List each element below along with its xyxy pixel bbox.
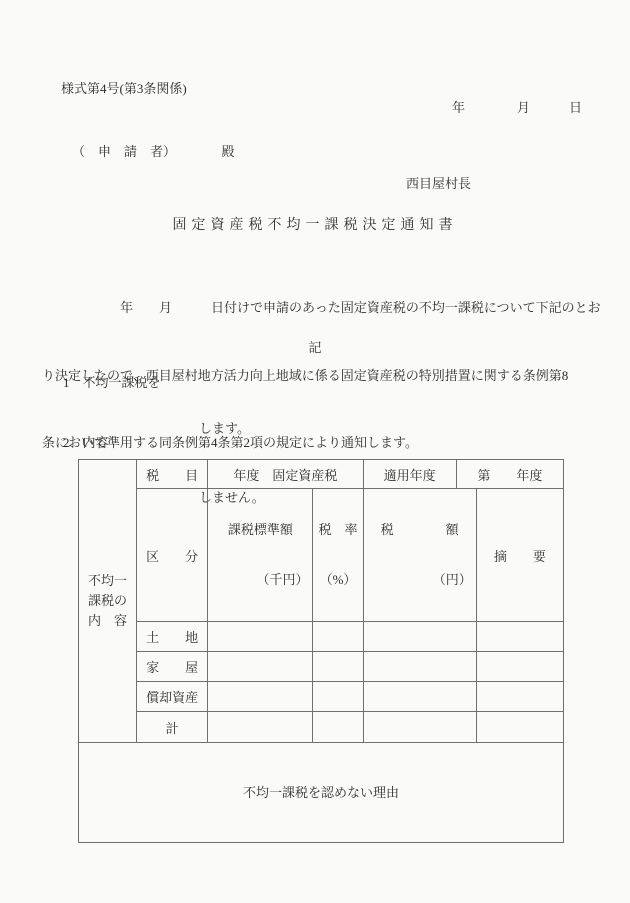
header-remarks: 摘 要 bbox=[476, 489, 563, 622]
cell-land-remarks bbox=[476, 622, 563, 652]
body-paragraph: 年 月 日付けで申請のあった固定資産税の不均一課税について下記のとお り決定した… bbox=[42, 252, 601, 477]
cell-land-tax-rate bbox=[313, 622, 363, 652]
cell-land-tax-amount bbox=[363, 622, 476, 652]
content-table: 不均一 課税の 内 容 税 目 年度 固定資産税 適用年度 第 年度 区 分 課… bbox=[78, 459, 564, 843]
recipient-line: （ 申 請 者） 殿 bbox=[72, 145, 235, 158]
header-tax-amount: 税 額 （円） bbox=[363, 489, 476, 622]
cell-total-tax-rate bbox=[313, 712, 363, 743]
item-1-number: 1 bbox=[63, 375, 70, 390]
row-total-label: 計 bbox=[137, 712, 208, 743]
header-year-number: 第 年度 bbox=[456, 460, 563, 489]
item-1-option-yes: します。 bbox=[199, 417, 265, 440]
cell-house-tax-rate bbox=[313, 652, 363, 682]
header-tax-rate: 税 率 （%） bbox=[313, 489, 363, 622]
header-applicable-year: 適用年度 bbox=[363, 460, 456, 489]
cell-house-tax-amount bbox=[363, 652, 476, 682]
cell-depreciable-tax-base bbox=[208, 682, 313, 712]
item-1-label: 不均一課税を bbox=[83, 375, 161, 390]
item-2-number: 2 bbox=[63, 435, 70, 450]
row-land-label: 土 地 bbox=[137, 622, 208, 652]
cell-land-tax-base bbox=[208, 622, 313, 652]
row-house-label: 家 屋 bbox=[137, 652, 208, 682]
header-tax-rate-label: 税 率 bbox=[313, 521, 362, 539]
header-tax-base: 課税標準額 （千円） bbox=[208, 489, 313, 622]
header-tax-amount-label: 税 額 bbox=[364, 521, 476, 539]
row-group-label-unequal-taxation: 不均一 課税の 内 容 bbox=[79, 460, 137, 743]
body-line: 年 月 日付けで申請のあった固定資産税の不均一課税について下記のとお bbox=[42, 297, 601, 320]
notation-ki: 記 bbox=[0, 341, 630, 354]
issuer-line: 西目屋村長 bbox=[406, 177, 471, 190]
header-tax-rate-unit: （%） bbox=[313, 571, 362, 589]
cell-total-tax-amount bbox=[363, 712, 476, 743]
item-2-label: 内容 bbox=[83, 435, 109, 450]
cell-house-remarks bbox=[476, 652, 563, 682]
document-title: 固定資産税不均一課税決定通知書 bbox=[0, 219, 630, 233]
header-tax-item: 税 目 bbox=[137, 460, 208, 489]
cell-total-tax-base bbox=[208, 712, 313, 743]
cell-depreciable-remarks bbox=[476, 682, 563, 712]
cell-house-tax-base bbox=[208, 652, 313, 682]
form-number: 様式第4号(第3条関係) bbox=[61, 82, 187, 95]
header-category: 区 分 bbox=[137, 489, 208, 622]
item-1: 1不均一課税を bbox=[63, 371, 161, 394]
header-tax-item-value: 年度 固定資産税 bbox=[208, 460, 363, 489]
cell-depreciable-tax-amount bbox=[363, 682, 476, 712]
item-2: 2内容 bbox=[63, 436, 109, 449]
header-tax-base-label: 課税標準額 bbox=[208, 521, 312, 539]
header-tax-base-unit: （千円） bbox=[208, 571, 312, 589]
cell-depreciable-tax-rate bbox=[313, 682, 363, 712]
row-depreciable-assets-label: 償却資産 bbox=[137, 682, 208, 712]
header-tax-amount-unit: （円） bbox=[364, 571, 476, 589]
reason-denial-cell: 不均一課税を認めない理由 bbox=[79, 743, 564, 843]
cell-total-remarks bbox=[476, 712, 563, 743]
body-line: 条において準用する同条例第4条第2項の規定により通知します。 bbox=[42, 432, 601, 455]
date-line: 年 月 日 bbox=[0, 101, 582, 114]
